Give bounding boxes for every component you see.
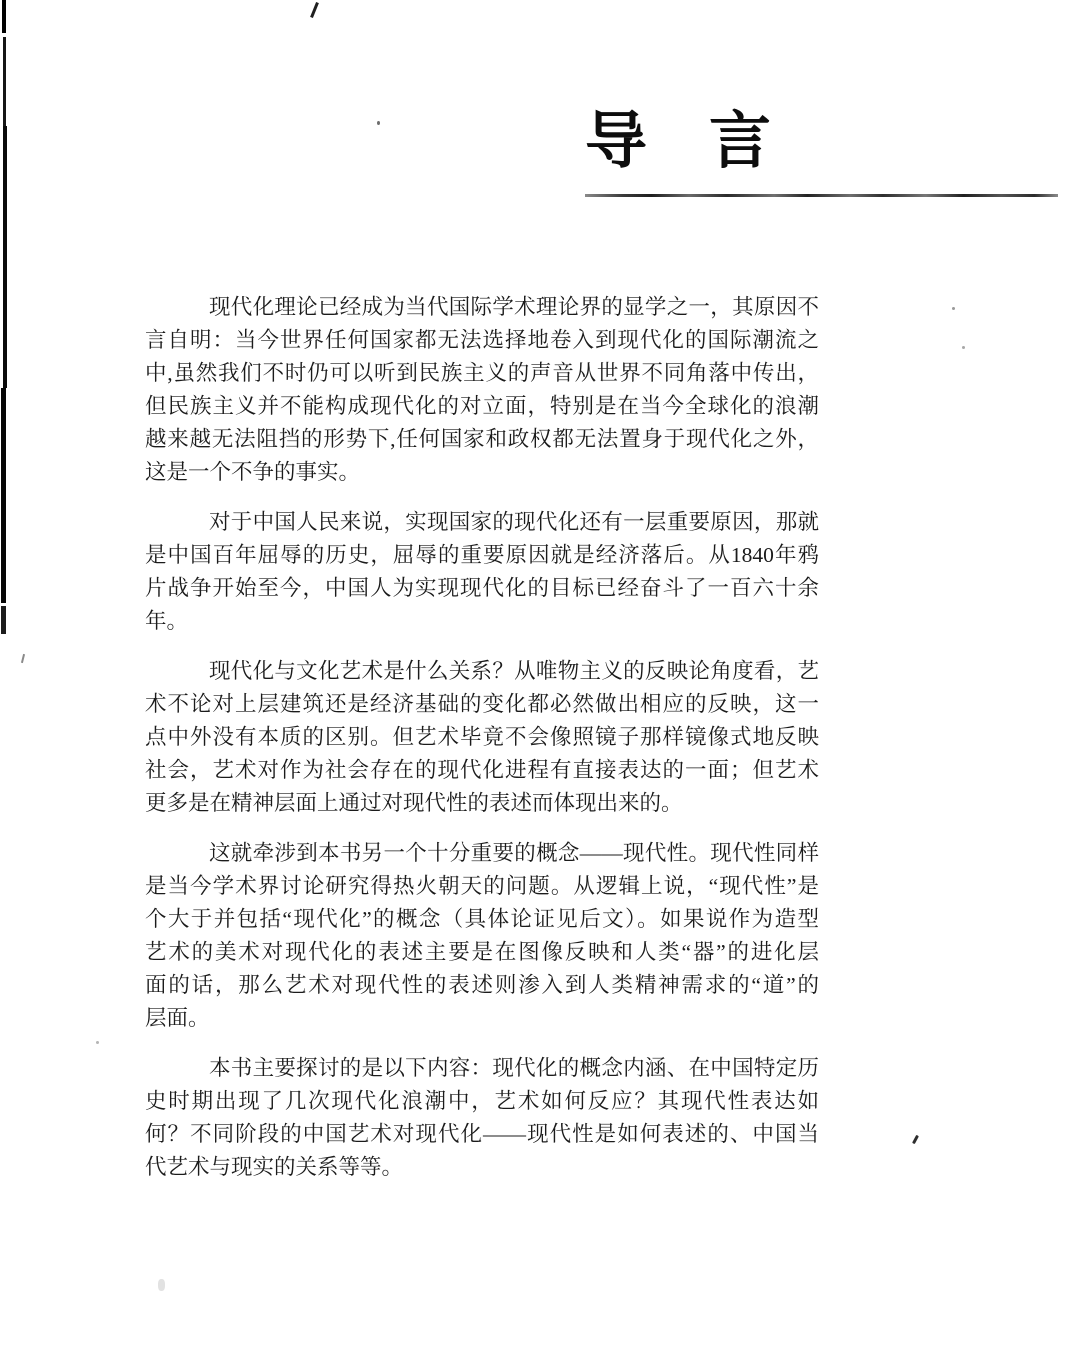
title-underline-rule [585, 194, 1058, 197]
scan-artifact-dot [952, 307, 955, 310]
text-line: 是当今学术界讨论研究得热火朝天的问题。从逻辑上说，“现代性”是 [145, 870, 819, 903]
text-line: 代艺术与现实的关系等等。 [145, 1151, 819, 1184]
paragraph: 对于中国人民来说，实现国家的现代化还有一层重要原因，那就是中国百年屈辱的历史，屈… [145, 506, 819, 638]
scan-artifact-dot [96, 1041, 99, 1044]
scan-artifact-dot [962, 346, 965, 349]
text-line: 是中国百年屈辱的历史，屈辱的重要原因就是经济落后。从1840年鸦 [145, 539, 819, 572]
text-line: 何？不同阶段的中国艺术对现代化——现代性是如何表述的、中国当 [145, 1118, 819, 1151]
text-line: 言自明：当今世界任何国家都无法选择地卷入到现代化的国际潮流之 [145, 324, 819, 357]
scan-artifact-left-tick [21, 654, 25, 663]
scan-artifact-top-slash [310, 2, 319, 18]
text-line: 中,虽然我们不时仍可以听到民族主义的声音从世界不同角落中传出， [145, 357, 819, 390]
text-line: 这是一个不争的事实。 [145, 456, 819, 489]
text-line: 对于中国人民来说，实现国家的现代化还有一层重要原因，那就 [145, 506, 819, 539]
scan-artifact-left-edge-line [3, 126, 7, 388]
text-line: 但民族主义并不能构成现代化的对立面，特别是在当今全球化的浪潮 [145, 390, 819, 423]
scan-artifact-dot [377, 121, 380, 125]
text-line: 艺术的美术对现代化的表述主要是在图像反映和人类“器”的进化层 [145, 936, 819, 969]
scan-artifact-smudge [158, 1279, 165, 1291]
text-line: 术不论对上层建筑还是经济基础的变化都必然做出相应的反映，这一 [145, 688, 819, 721]
text-line: 越来越无法阻挡的形势下,任何国家和政权都无法置身于现代化之外， [145, 423, 819, 456]
paragraph: 现代化理论已经成为当代国际学术理论界的显学之一，其原因不言自明：当今世界任何国家… [145, 291, 819, 489]
paragraph: 本书主要探讨的是以下内容：现代化的概念内涵、在中国特定历史时期出现了几次现代化浪… [145, 1052, 819, 1184]
text-line: 现代化理论已经成为当代国际学术理论界的显学之一，其原因不 [145, 291, 819, 324]
text-line: 这就牵涉到本书另一个十分重要的概念——现代性。现代性同样 [145, 837, 819, 870]
text-line: 层面。 [145, 1002, 819, 1035]
text-line: 现代化与文化艺术是什么关系？从唯物主义的反映论角度看，艺 [145, 655, 819, 688]
scan-artifact-left-edge-line [1, 606, 6, 634]
page-title: 导 言 [585, 111, 771, 173]
text-line: 面的话，那么艺术对现代性的表述则渗入到人类精神需求的“道”的 [145, 969, 819, 1002]
scanned-book-page: 导 言 现代化理论已经成为当代国际学术理论界的显学之一，其原因不言自明：当今世界… [0, 0, 1073, 1358]
text-line: 本书主要探讨的是以下内容：现代化的概念内涵、在中国特定历 [145, 1052, 819, 1085]
text-line: 年。 [145, 605, 819, 638]
text-line: 更多是在精神层面上通过对现代性的表述而体现出来的。 [145, 787, 819, 820]
scan-artifact-left-edge-line [2, 0, 6, 33]
body-text: 现代化理论已经成为当代国际学术理论界的显学之一，其原因不言自明：当今世界任何国家… [145, 291, 819, 1184]
text-line: 片战争开始至今，中国人为实现现代化的目标已经奋斗了一百六十余 [145, 572, 819, 605]
scan-artifact-left-edge-line [3, 37, 6, 126]
scan-artifact-tick [912, 1135, 919, 1144]
text-line: 点中外没有本质的区别。但艺术毕竟不会像照镜子那样镜像式地反映 [145, 721, 819, 754]
text-line: 史时期出现了几次现代化浪潮中，艺术如何反应？其现代性表达如 [145, 1085, 819, 1118]
paragraph: 这就牵涉到本书另一个十分重要的概念——现代性。现代性同样是当今学术界讨论研究得热… [145, 837, 819, 1035]
text-line: 社会，艺术对作为社会存在的现代化进程有直接表达的一面；但艺术 [145, 754, 819, 787]
scan-artifact-left-edge-line [1, 388, 6, 603]
paragraph: 现代化与文化艺术是什么关系？从唯物主义的反映论角度看，艺术不论对上层建筑还是经济… [145, 655, 819, 820]
text-line: 个大于并包括“现代化”的概念（具体论证见后文）。如果说作为造型 [145, 903, 819, 936]
